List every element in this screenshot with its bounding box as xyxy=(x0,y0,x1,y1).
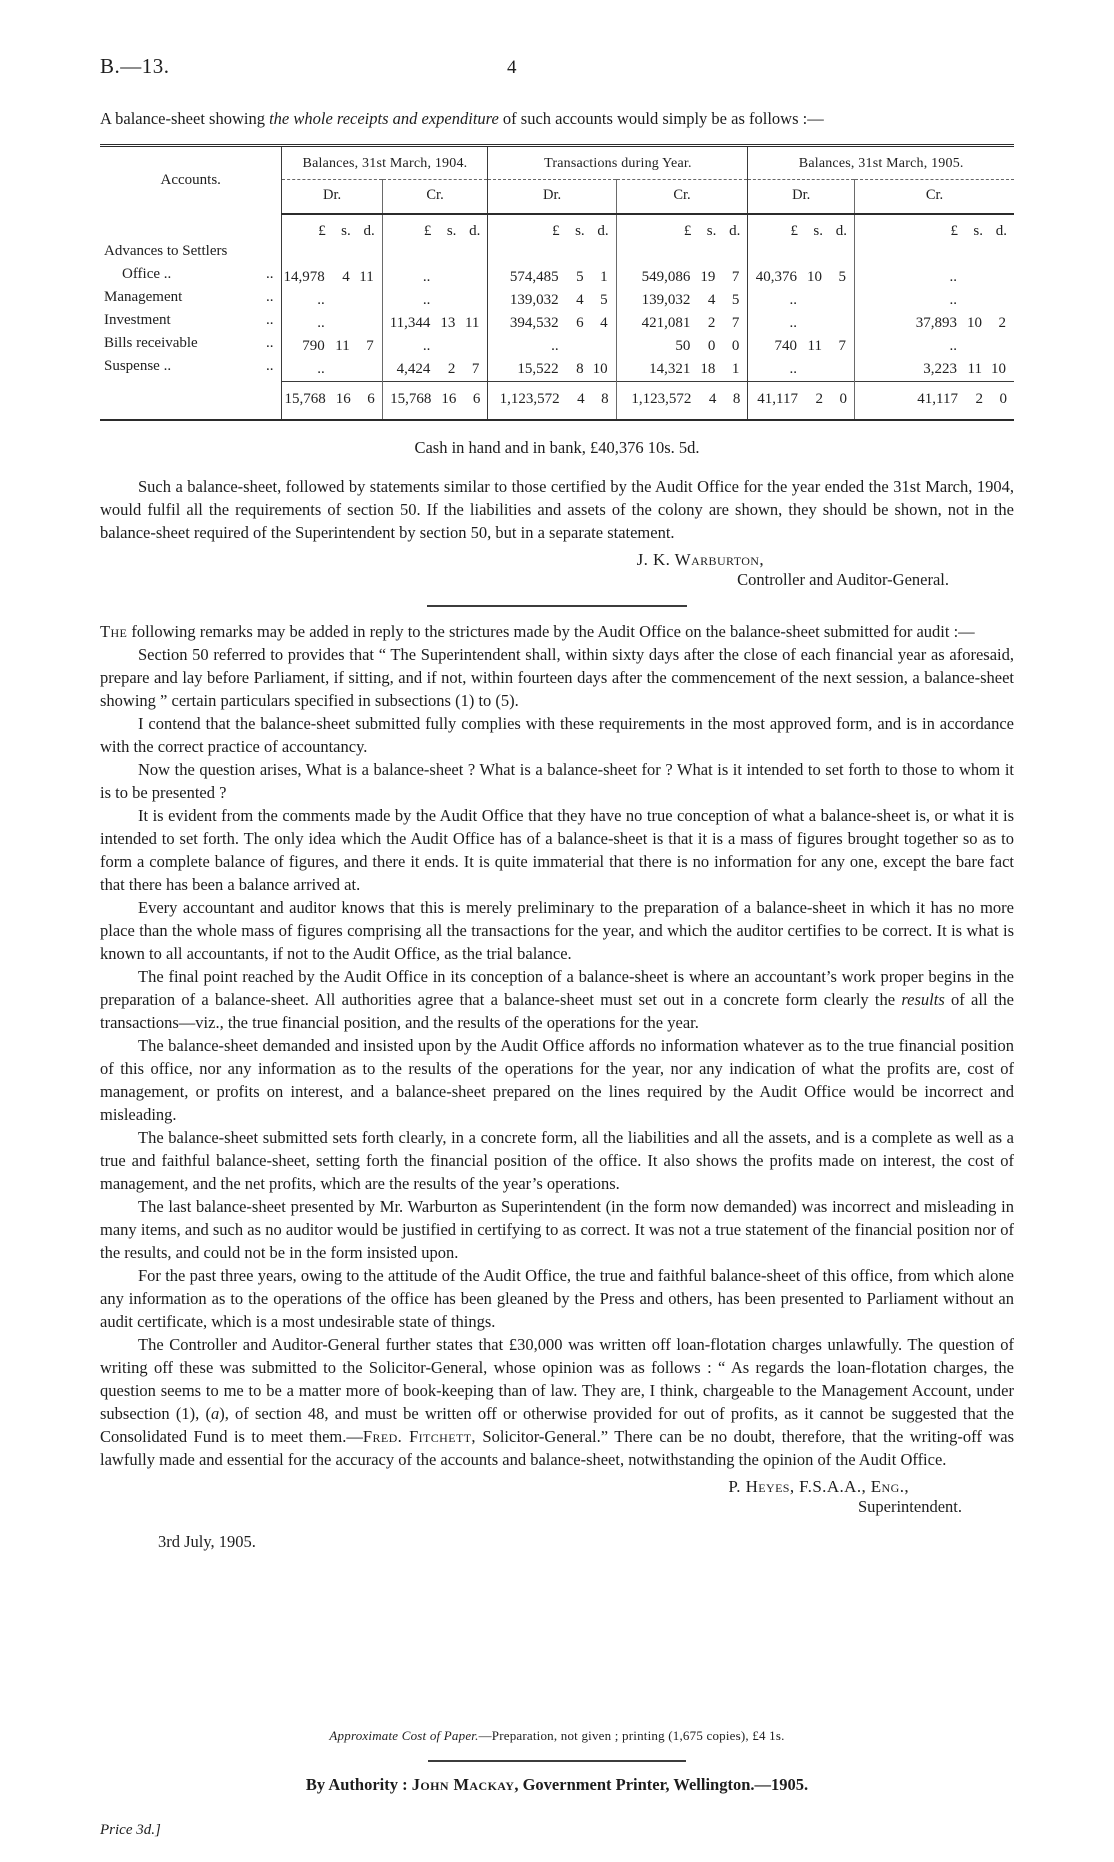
money-cell: £s.d. xyxy=(382,214,488,243)
reply-paragraph-1: The following remarks may be added in re… xyxy=(100,620,1014,643)
cost-of-paper-note: Approximate Cost of Paper.—Preparation, … xyxy=(100,1728,1014,1744)
table-totals-row: 15,768166 15,768166 1,123,57248 1,123,57… xyxy=(100,382,1014,421)
money-cell: .. xyxy=(854,266,1014,289)
col-header-balances-1905: Balances, 31st March, 1905. xyxy=(748,146,1014,180)
money-cell: £s.d. xyxy=(854,214,1014,243)
reply-paragraph-12: The Controller and Auditor-General furth… xyxy=(100,1333,1014,1471)
total-cell: 41,11720 xyxy=(854,382,1014,421)
signature-name: J. K. Warburton, xyxy=(100,550,1014,570)
money-cell: 40,376105 xyxy=(748,266,855,289)
total-cell: 1,123,57248 xyxy=(488,382,616,421)
currency-units-row: £s.d. £s.d. £s.d. £s.d. £s.d. £s.d. xyxy=(100,214,1014,243)
money-cell: .. xyxy=(282,358,382,382)
reply-paragraph-8: The balance-sheet demanded and insisted … xyxy=(100,1034,1014,1126)
col-header-accounts: Accounts. xyxy=(100,146,282,215)
money-cell: £s.d. xyxy=(616,214,748,243)
price-note: Price 3d.] xyxy=(100,1822,161,1839)
signature-title: Controller and Auditor-General. xyxy=(100,570,1014,590)
col-header-cr: Cr. xyxy=(854,180,1014,215)
total-cell: 15,768166 xyxy=(282,382,382,421)
reply-paragraph-6: Every accountant and auditor knows that … xyxy=(100,896,1014,965)
money-cell: .. xyxy=(282,289,382,312)
dot-leader: .. xyxy=(266,289,282,306)
table-row: Bills receivable.. 790117 .. .. 5000 740… xyxy=(100,335,1014,358)
date-line: 3rd July, 1905. xyxy=(158,1532,1014,1552)
signature-title: Superintendent. xyxy=(100,1497,1014,1517)
money-cell: .. xyxy=(382,266,488,289)
money-cell: 5000 xyxy=(616,335,748,358)
lead-word: The xyxy=(100,622,127,641)
money-cell: 3,2231110 xyxy=(854,358,1014,382)
money-cell: 139,03245 xyxy=(616,289,748,312)
dot-leader: .. xyxy=(266,358,282,375)
dot-leader: .. xyxy=(266,312,282,329)
reply-paragraph-11: For the past three years, owing to the a… xyxy=(100,1264,1014,1333)
dot-leader: .. xyxy=(266,266,282,283)
intro-pre: A balance-sheet showing xyxy=(100,109,269,128)
money-cell: 790117 xyxy=(282,335,382,358)
account-name: Bills receivable xyxy=(104,335,198,352)
money-cell: 574,48551 xyxy=(488,266,616,289)
money-cell: 740117 xyxy=(748,335,855,358)
footer-divider xyxy=(428,1760,686,1762)
reply-paragraph-9: The balance-sheet submitted sets forth c… xyxy=(100,1126,1014,1195)
money-cell: .. xyxy=(382,289,488,312)
table-row: Advances to Settlers xyxy=(100,243,1014,266)
page-number: 4 xyxy=(170,57,1014,79)
money-cell: 549,086197 xyxy=(616,266,748,289)
total-cell: 41,11720 xyxy=(748,382,855,421)
reply-paragraph-5: It is evident from the comments made by … xyxy=(100,804,1014,896)
certificate-paragraph: Such a balance-sheet, followed by statem… xyxy=(100,475,1014,544)
solicitor-general-name: Fred. Fitchett, xyxy=(363,1427,476,1446)
money-cell: 394,53264 xyxy=(488,312,616,335)
results-emphasis: results xyxy=(901,990,944,1009)
document-reference: B.—13. xyxy=(100,54,170,79)
money-cell: .. xyxy=(748,358,855,382)
signature-block-warburton: J. K. Warburton, Controller and Auditor-… xyxy=(100,550,1014,590)
money-cell: 139,03245 xyxy=(488,289,616,312)
money-cell: .. xyxy=(748,312,855,335)
account-name: Investment xyxy=(104,312,171,329)
dot-leader: .. xyxy=(266,335,282,352)
authority-line: By Authority : John Mackay, Government P… xyxy=(100,1775,1014,1795)
signature-name: P. Heyes, F.S.A.A., Eng., xyxy=(100,1477,1014,1497)
total-cell: 1,123,57248 xyxy=(616,382,748,421)
reply-paragraph-7: The final point reached by the Audit Off… xyxy=(100,965,1014,1034)
document-page: B.—13. 4 A balance-sheet showing the who… xyxy=(0,0,1114,1862)
reply-paragraph-2: Section 50 referred to provides that “ T… xyxy=(100,643,1014,712)
account-group-name: Advances to Settlers xyxy=(104,243,227,260)
table-group-header-row: Accounts. Balances, 31st March, 1904. Tr… xyxy=(100,146,1014,180)
table-row: Management.. .. .. 139,03245 139,03245 .… xyxy=(100,289,1014,312)
money-cell: 421,08127 xyxy=(616,312,748,335)
intro-emphasis: the whole receipts and expenditure xyxy=(269,109,499,128)
money-cell: 14,978411 xyxy=(282,266,382,289)
cash-in-hand-note: Cash in hand and in bank, £40,376 10s. 5… xyxy=(100,438,1014,458)
reply-paragraph-3: I contend that the balance-sheet submitt… xyxy=(100,712,1014,758)
money-cell: .. xyxy=(488,335,616,358)
col-header-transactions: Transactions during Year. xyxy=(488,146,748,180)
col-header-dr: Dr. xyxy=(488,180,616,215)
col-header-cr: Cr. xyxy=(382,180,488,215)
money-cell: 37,893102 xyxy=(854,312,1014,335)
col-header-dr: Dr. xyxy=(748,180,855,215)
col-header-cr: Cr. xyxy=(616,180,748,215)
col-header-dr: Dr. xyxy=(282,180,382,215)
money-cell: .. xyxy=(382,335,488,358)
col-header-balances-1904: Balances, 31st March, 1904. xyxy=(282,146,488,180)
account-name: Office .. xyxy=(104,266,171,283)
page-header: B.—13. 4 xyxy=(100,0,1014,79)
money-cell: 11,3441311 xyxy=(382,312,488,335)
reply-paragraph-4: Now the question arises, What is a balan… xyxy=(100,758,1014,804)
table-row: Suspense .... .. 4,42427 15,522810 14,32… xyxy=(100,358,1014,382)
money-cell: .. xyxy=(282,312,382,335)
subsection-a-emphasis: a xyxy=(211,1404,219,1423)
money-cell: £s.d. xyxy=(748,214,855,243)
account-name: Management xyxy=(104,289,182,306)
money-cell: 15,522810 xyxy=(488,358,616,382)
balance-sheet-table: Accounts. Balances, 31st March, 1904. Tr… xyxy=(100,144,1014,421)
table-row: Investment.. .. 11,3441311 394,53264 421… xyxy=(100,312,1014,335)
section-divider xyxy=(427,605,687,607)
printer-name: John Mackay xyxy=(412,1775,515,1794)
money-cell: .. xyxy=(854,335,1014,358)
money-cell: £s.d. xyxy=(282,214,382,243)
signature-block-heyes: P. Heyes, F.S.A.A., Eng., Superintendent… xyxy=(100,1477,1014,1517)
table-row: Office .... 14,978411 .. 574,48551 549,0… xyxy=(100,266,1014,289)
money-cell: 14,321181 xyxy=(616,358,748,382)
money-cell: .. xyxy=(748,289,855,312)
money-cell: £s.d. xyxy=(488,214,616,243)
page-content: B.—13. 4 A balance-sheet showing the who… xyxy=(0,0,1114,1552)
total-cell: 15,768166 xyxy=(382,382,488,421)
reply-paragraph-10: The last balance-sheet presented by Mr. … xyxy=(100,1195,1014,1264)
money-cell: .. xyxy=(854,289,1014,312)
intro-paragraph: A balance-sheet showing the whole receip… xyxy=(100,107,1014,130)
account-name: Suspense .. xyxy=(104,358,171,375)
page-footer: Approximate Cost of Paper.—Preparation, … xyxy=(100,1728,1014,1795)
money-cell: 4,42427 xyxy=(382,358,488,382)
intro-post: of such accounts would simply be as foll… xyxy=(499,109,824,128)
